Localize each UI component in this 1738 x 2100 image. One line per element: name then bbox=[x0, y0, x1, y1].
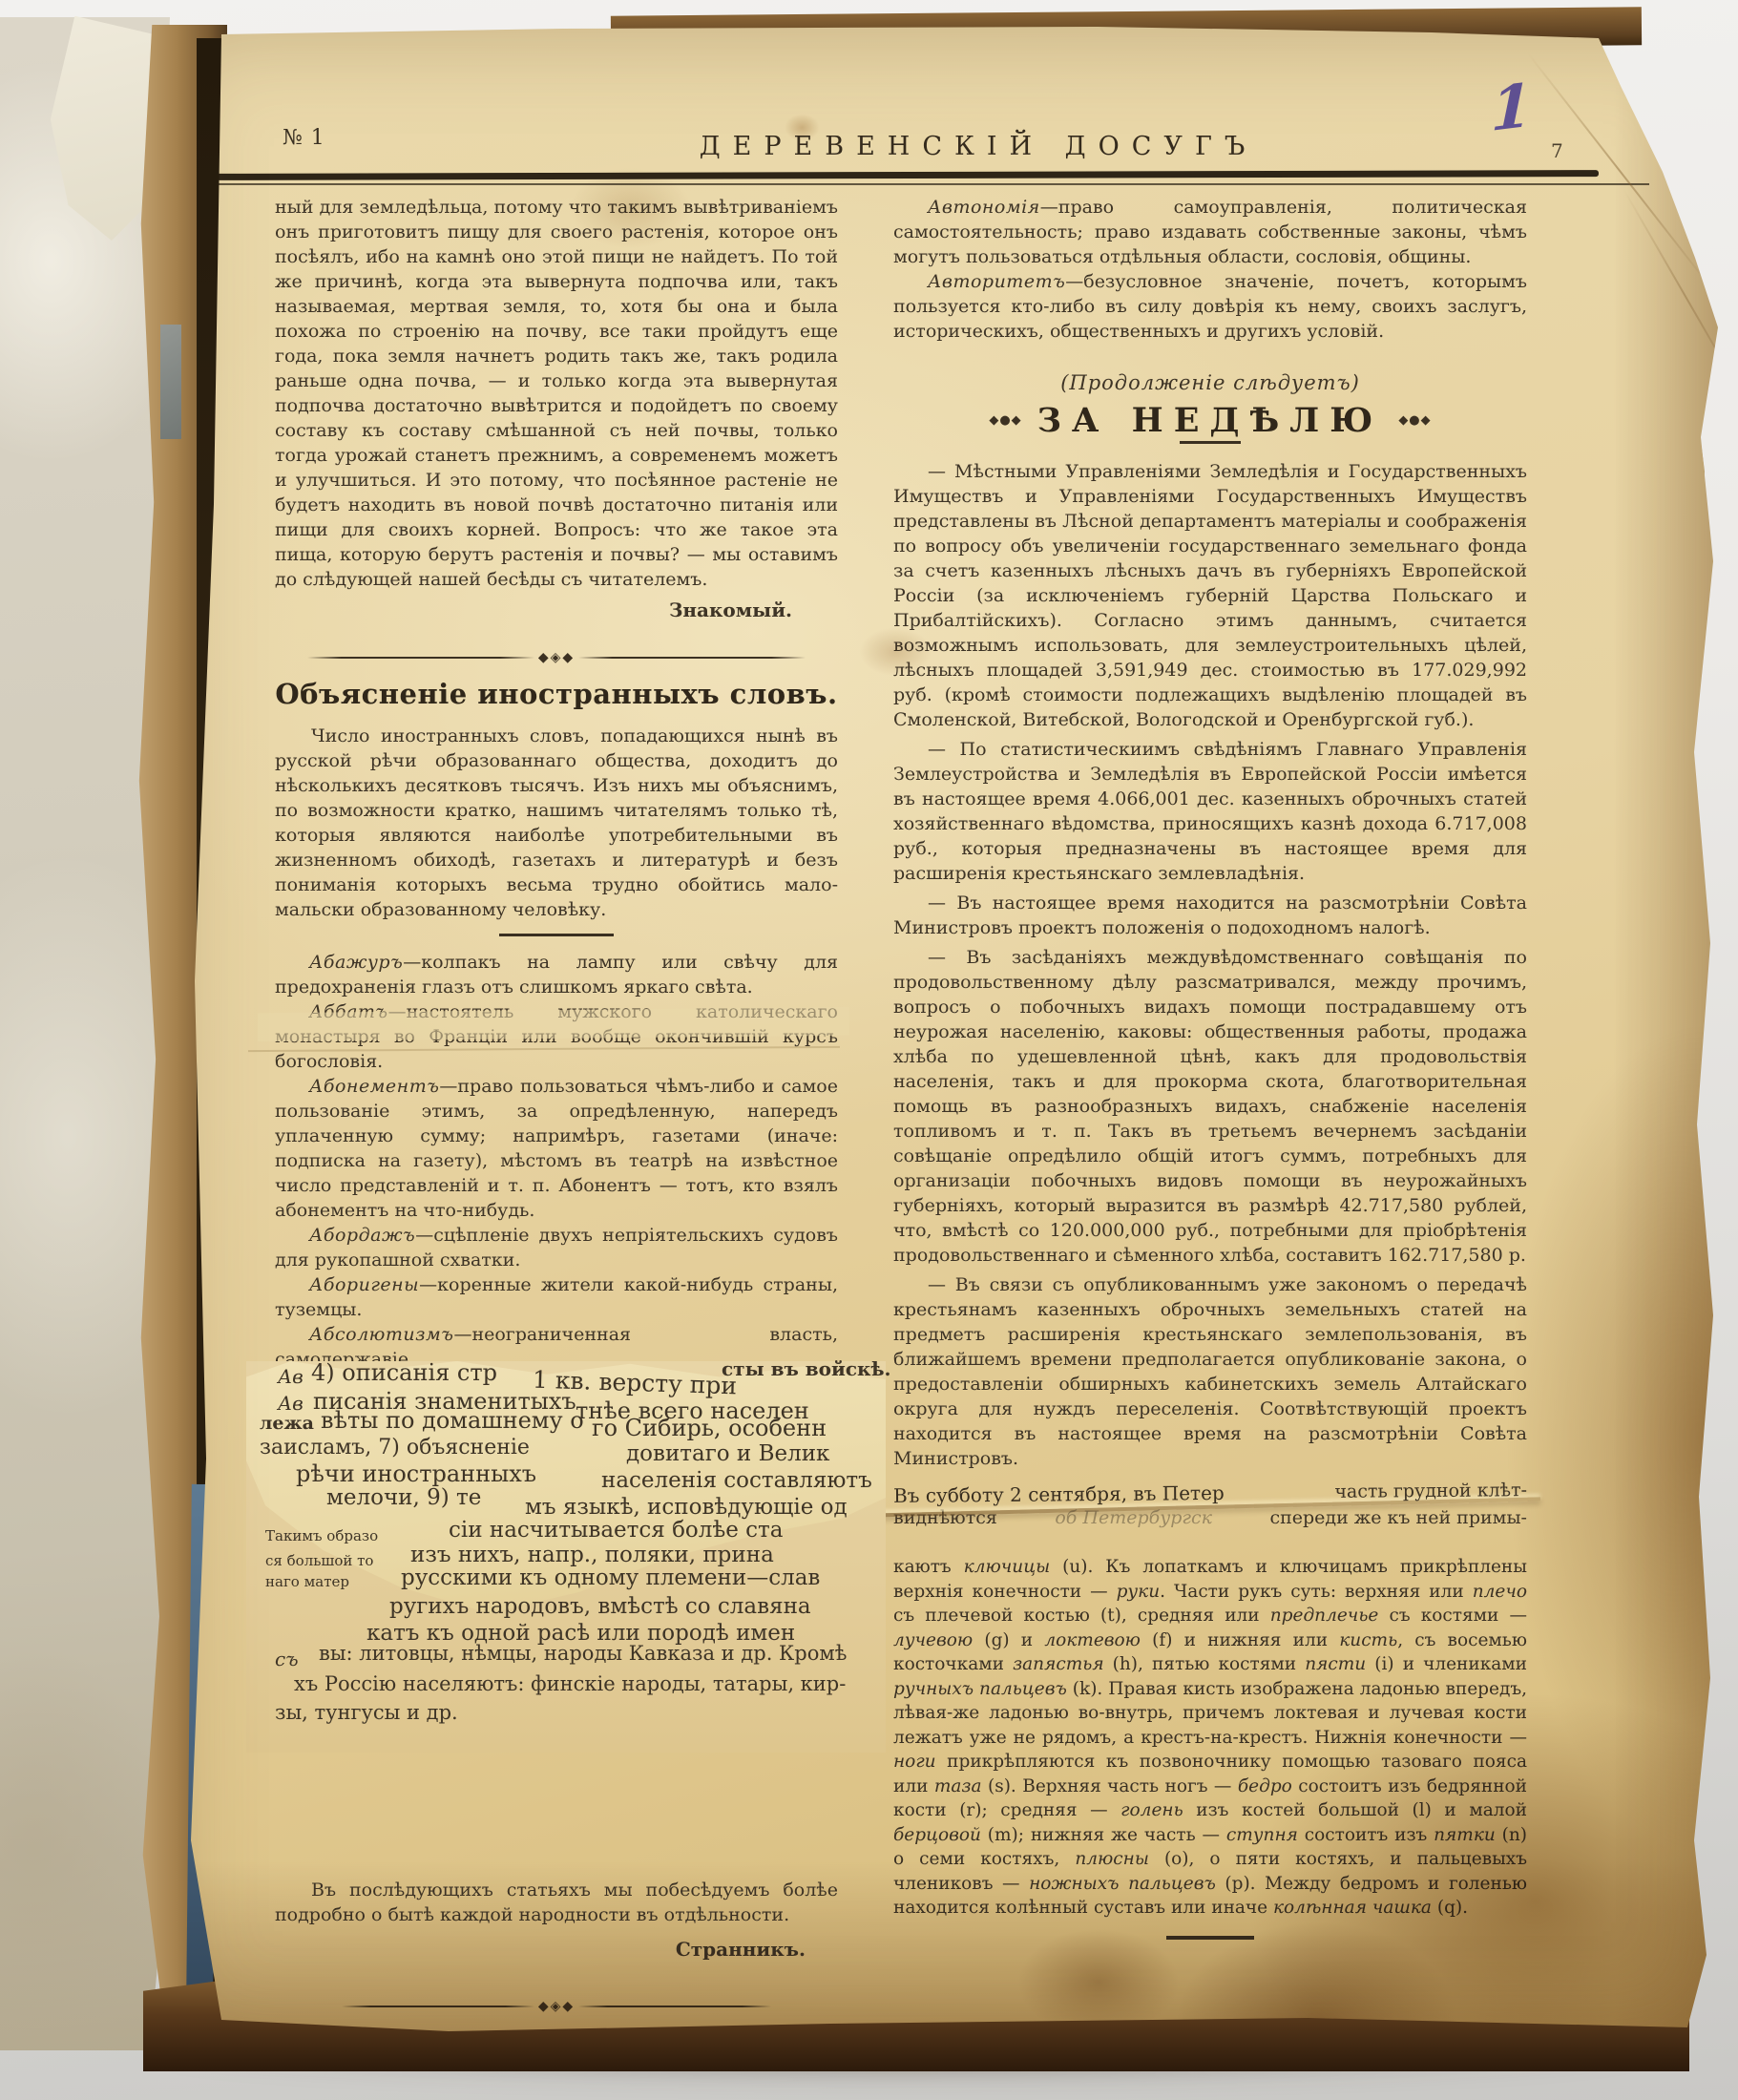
anatomy-segment: плечо bbox=[1473, 1582, 1527, 1602]
dictionary-entry: Абажуръ—колпакъ на лампу или свѣчу для п… bbox=[275, 950, 838, 999]
anatomy-segment: (m); нижняя же часть — bbox=[981, 1825, 1226, 1845]
torn-overlay-zone: Ав4) описанія стр1 кв. версту присты въ … bbox=[246, 1361, 886, 1753]
entry-term: Абажуръ bbox=[309, 952, 403, 973]
dictionary-entry: Абордажъ—сцѣпленіе двухъ непріятельскихъ… bbox=[275, 1223, 838, 1272]
entry-term: Абсолютизмъ bbox=[309, 1324, 453, 1345]
anatomy-segment: (q). bbox=[1432, 1898, 1468, 1918]
short-rule-bottom bbox=[1166, 1936, 1254, 1940]
anatomy-segment: ножныхъ пальцевъ bbox=[1029, 1874, 1216, 1894]
entry-term: Абордажъ bbox=[309, 1225, 415, 1246]
page-number: 7 bbox=[1551, 139, 1563, 162]
heading-flank-ornament-icon: ◆●◆ bbox=[1398, 409, 1431, 433]
anatomy-segment: руки bbox=[1117, 1582, 1161, 1602]
anatomy-segment: колѣнная чашка bbox=[1273, 1898, 1432, 1918]
dictionary-entry: Автономія—право самоуправленія, политиче… bbox=[893, 195, 1527, 269]
anatomy-segment: (i) и члениками bbox=[1366, 1654, 1527, 1674]
anatomy-segment: (g) и bbox=[973, 1630, 1044, 1650]
handwritten-page-mark: 1 bbox=[1491, 70, 1533, 145]
anatomy-segment: (h), пятью костями bbox=[1104, 1654, 1306, 1674]
torn-edge-right: Въ субботу 2 сентября, въ Петер часть гр… bbox=[893, 1480, 1527, 1543]
anatomy-segment: голень bbox=[1120, 1800, 1183, 1820]
torn-text-fragment: ся большой то bbox=[265, 1554, 373, 1568]
anatomy-segment: бедро bbox=[1238, 1776, 1292, 1796]
torn-text-fragment: заисламъ, 7) объясненіе bbox=[260, 1438, 530, 1459]
anatomy-segment: лучевою bbox=[893, 1630, 973, 1650]
anatomy-segment: ступня bbox=[1226, 1825, 1298, 1845]
torn-fragment-text: Въ субботу 2 сентября, въ Петер bbox=[893, 1480, 1225, 1508]
dictionary-entry: Абонементъ—право пользоваться чѣмъ-либо … bbox=[275, 1074, 838, 1223]
news-item: — Въ засѣданіяхъ междувѣдомственнаго сов… bbox=[893, 945, 1527, 1268]
ornament-divider: ◆◈◆ bbox=[307, 645, 806, 670]
foreign-entries-continued: Автономія—право самоуправленія, политиче… bbox=[893, 195, 1527, 344]
ornament-divider-bottom: ◆◈◆ bbox=[342, 1994, 771, 2019]
torn-text-fragment: ругихъ народовъ, вмѣстѣ со славяна bbox=[389, 1596, 811, 1618]
entry-term: Аборигены bbox=[309, 1274, 419, 1295]
torn-text-fragment: съ bbox=[275, 1649, 299, 1669]
issue-number: № 1 bbox=[283, 126, 325, 150]
anatomy-segment: (f) и нижняя или bbox=[1141, 1630, 1339, 1650]
week-section-heading-row: ◆●◆ ЗА НЕДѢЛЮ ◆●◆ bbox=[893, 409, 1527, 433]
book-board-left bbox=[0, 17, 170, 2050]
underlying-text: спереди же къ ней примы- bbox=[1269, 1505, 1527, 1530]
torn-text-fragment: вѣты по домашнему о bbox=[321, 1409, 584, 1432]
signature-znakomy: Знакомый. bbox=[275, 598, 838, 622]
continuation-note: (Продолженіе слѣдуетъ) bbox=[893, 370, 1527, 395]
masthead-rule-thin bbox=[218, 183, 1649, 185]
torn-text-fragment: рѣчи иностранныхъ bbox=[296, 1462, 536, 1485]
anatomy-segment: съ костями — bbox=[1378, 1606, 1527, 1626]
magazine-page: № 1 ДЕРЕВЕНСКІЙ ДОСУГЪ 1 7 ный для земле… bbox=[162, 27, 1723, 2043]
anatomy-segment: съ плечевой костью (t), средняя или bbox=[893, 1606, 1270, 1626]
underlying-text: часть грудной клѣт- bbox=[1334, 1478, 1527, 1504]
torn-text-fragment: зы, тунгусы и др. bbox=[275, 1703, 458, 1723]
closing-paragraph: Въ послѣдующихъ статьяхъ мы побесѣдуемъ … bbox=[275, 1878, 838, 1927]
anatomy-segment: предплечье bbox=[1270, 1606, 1379, 1626]
anatomy-segment: ключицы bbox=[964, 1557, 1051, 1577]
foreign-words-intro: Число иностранныхъ словъ, попадающихся н… bbox=[275, 724, 838, 922]
entry-term: Абонементъ bbox=[309, 1076, 439, 1097]
news-item: — Въ настоящее время находится на разсмо… bbox=[893, 891, 1527, 940]
torn-text-fragment: Ав bbox=[278, 1367, 304, 1386]
anatomy-segment: плюсны bbox=[1075, 1849, 1149, 1869]
anatomy-segment: изъ костей большой (l) и малой bbox=[1183, 1800, 1527, 1820]
anatomy-segment: пясти bbox=[1305, 1654, 1366, 1674]
torn-text-fragment: русскими къ одному племени—слав bbox=[401, 1567, 820, 1589]
torn-text-fragment: 4) описанія стр bbox=[311, 1361, 497, 1384]
anatomy-segment: локтевою bbox=[1044, 1630, 1141, 1650]
signature-strannik: Странникъ. bbox=[275, 1937, 838, 1962]
divider-ornament-icon: ◆◈◆ bbox=[534, 645, 578, 670]
torn-text-fragment: мелочи, 9) те bbox=[326, 1487, 481, 1509]
torn-text-fragment: го Сибирь, особенн bbox=[592, 1417, 827, 1439]
anatomy-segment: состоитъ изъ bbox=[1298, 1825, 1434, 1845]
divider-ornament-icon: ◆◈◆ bbox=[534, 1994, 578, 2019]
spine-blue-cloth-small bbox=[160, 325, 181, 439]
torn-text-fragment: изъ нихъ, напр., поляки, прина bbox=[410, 1544, 774, 1566]
masthead-rule-thick bbox=[210, 170, 1599, 180]
soil-article-continuation: ный для земледѣльца, потому что такимъ в… bbox=[275, 195, 838, 592]
anatomy-segment: . Части рукъ суть: верхняя или bbox=[1160, 1582, 1473, 1602]
short-rule bbox=[499, 934, 614, 936]
torn-text-fragment: сіи насчитывается болѣе ста bbox=[449, 1520, 783, 1542]
right-column: Автономія—право самоуправленія, политиче… bbox=[893, 195, 1527, 1940]
torn-text-fragment: хъ Россію населяютъ: финскіе народы, тат… bbox=[294, 1674, 846, 1694]
news-item: — Мѣстными Управленіями Земледѣлія и Гос… bbox=[893, 459, 1527, 732]
anatomy-segment: запястья bbox=[1013, 1654, 1104, 1674]
underlying-text: виднѣются bbox=[893, 1505, 997, 1530]
foreign-words-heading: Объясненіе иностранныхъ словъ. bbox=[275, 682, 838, 706]
entry-definition: —право пользоваться чѣмъ-либо и самое по… bbox=[275, 1076, 838, 1221]
anatomy-segment: пятки bbox=[1434, 1825, 1496, 1845]
entry-term: Авторитетъ bbox=[928, 271, 1065, 292]
entry-term: Автономія bbox=[928, 197, 1040, 218]
crease-line bbox=[1623, 189, 1738, 405]
torn-text-fragment: сты въ войскѣ. bbox=[722, 1359, 891, 1378]
torn-text-fragment: мъ языкѣ, исповѣдующіе од bbox=[525, 1497, 848, 1519]
anatomy-underlying-text: каютъ ключицы (u). Къ лопаткамъ и ключиц… bbox=[893, 1555, 1527, 1921]
anatomy-segment: кисть bbox=[1339, 1630, 1397, 1650]
torn-text-fragment: Такимъ образо bbox=[265, 1529, 378, 1543]
news-item: — Въ связи съ опубликованнымъ уже законо… bbox=[893, 1272, 1527, 1471]
anatomy-segment: каютъ bbox=[893, 1557, 964, 1577]
torn-text-fragment: лежа bbox=[260, 1415, 314, 1433]
week-section-heading: ЗА НЕДѢЛЮ bbox=[1037, 409, 1384, 433]
anatomy-segment: таза bbox=[934, 1776, 982, 1796]
torn-mixed-line-2: виднѣются об Петербургск спереди же къ н… bbox=[893, 1505, 1527, 1530]
anatomy-segment: берцовой bbox=[893, 1825, 981, 1845]
masthead-title: ДЕРЕВЕНСКІЙ ДОСУГЪ bbox=[477, 132, 1479, 161]
news-items: — Мѣстными Управленіями Земледѣлія и Гос… bbox=[893, 459, 1527, 1471]
heading-flank-ornament-icon: ◆●◆ bbox=[989, 409, 1021, 433]
short-rule bbox=[1180, 441, 1241, 444]
torn-text-fragment: вы: литовцы, нѣмцы, народы Кавказа и др.… bbox=[319, 1644, 847, 1664]
torn-text-fragment: Ав bbox=[278, 1394, 304, 1413]
torn-fragment-faded: об Петербургск bbox=[1055, 1505, 1212, 1530]
anatomy-segment: ноги bbox=[893, 1752, 936, 1772]
torn-text-fragment: наго матер bbox=[265, 1575, 349, 1589]
torn-text-fragment: населенія составляютъ bbox=[601, 1470, 872, 1492]
anatomy-segment: (s). Верхняя часть ногъ — bbox=[982, 1776, 1238, 1796]
anatomy-segment: ручныхъ пальцевъ bbox=[893, 1679, 1067, 1699]
dictionary-entry: Авторитетъ—безусловное значеніе, почетъ,… bbox=[893, 269, 1527, 344]
news-item: — По статистическиимъ свѣдѣніямъ Главнаг… bbox=[893, 737, 1527, 886]
dictionary-entry: Аборигены—коренные жители какой-нибудь с… bbox=[275, 1272, 838, 1322]
torn-text-fragment: довитаго и Велик bbox=[626, 1443, 829, 1465]
